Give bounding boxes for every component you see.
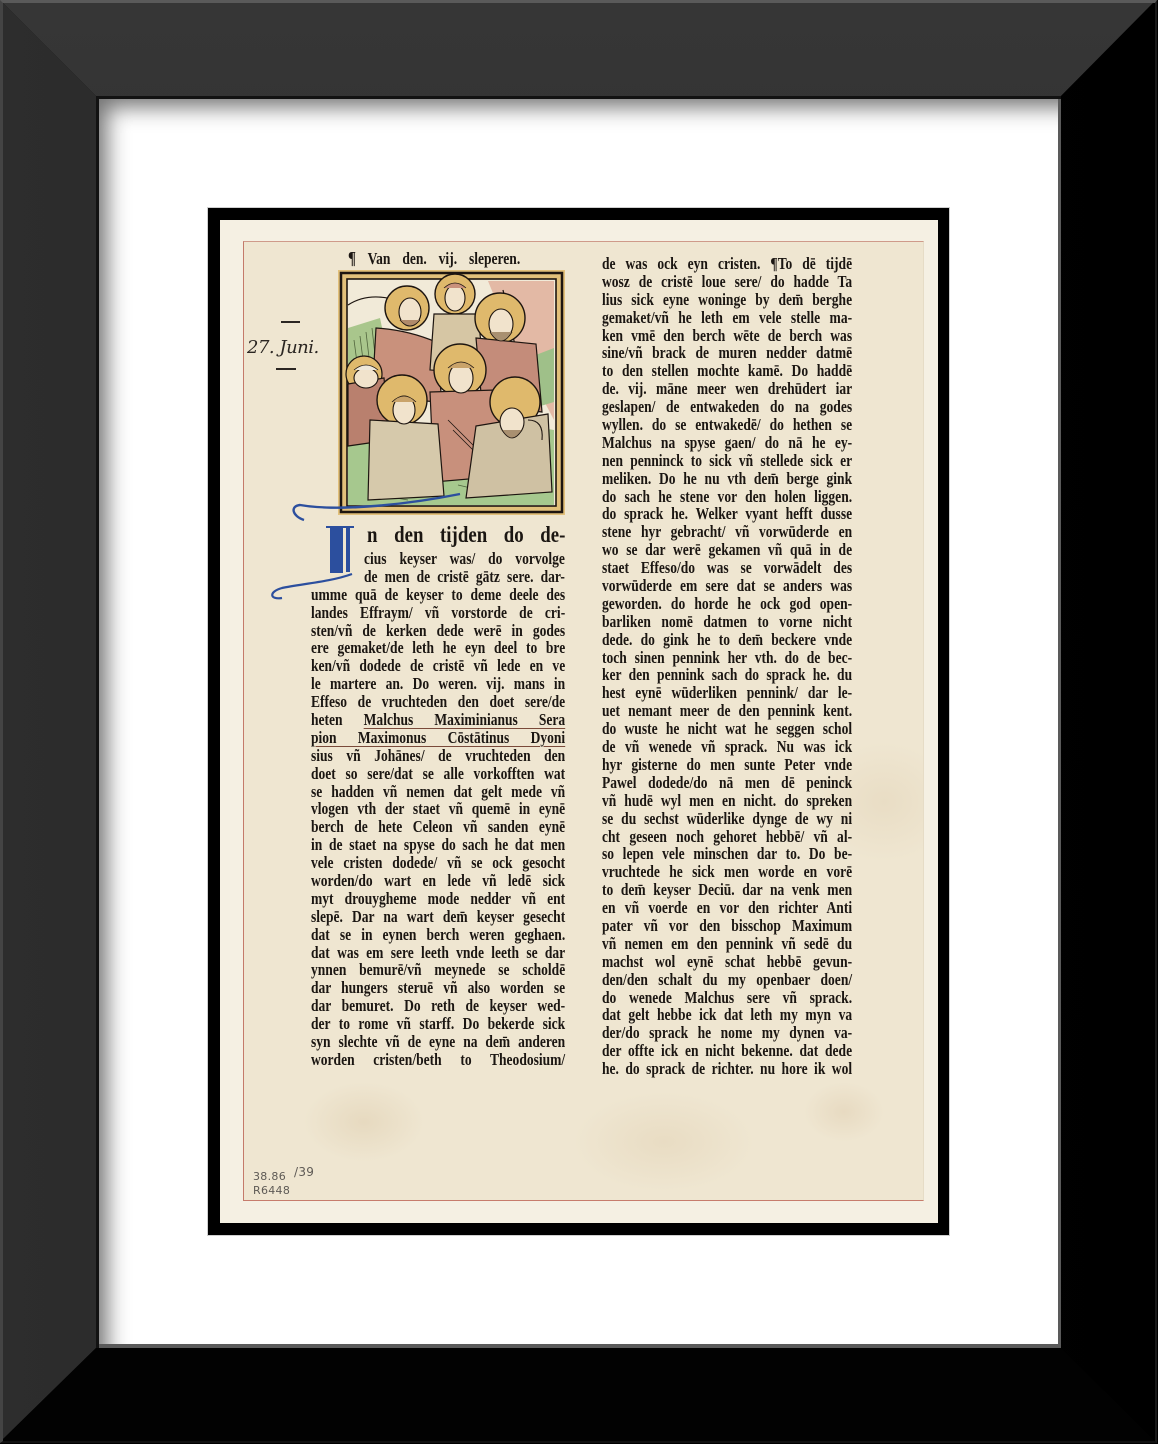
text-line-names: heten Malchus Maximinianus Sera <box>311 711 565 729</box>
text-line: ynnen bemurē/vñ meynede se scholdē <box>311 961 565 979</box>
text-line: uet nemant meer de den pennink kent. <box>602 702 852 720</box>
text-line: nen penninck to sick vñ stellede sick er <box>602 452 852 470</box>
drop-cap-letter: I <box>0 0 1 1</box>
text-line: ere gemaket/de leth he eyn deel to bre <box>311 639 565 657</box>
text-line: se du sechst wūderlike dynge de wy ni <box>602 810 852 828</box>
text-line: wyllen. do se entwakedē/ do hethen se <box>602 416 852 434</box>
text-line: en vñ voerde en vor den richter Anti <box>602 899 852 917</box>
woodcut-illustration <box>338 270 565 515</box>
text-line: doet so sere/dat se alle vorkofften wat <box>311 765 565 783</box>
text-line: toch sinen pennink her vth. do de bec- <box>602 649 852 667</box>
text-line: gemaket/vñ he leth em vele stelle ma- <box>602 309 852 327</box>
text-line: do sach he stene vor den holen liggen. <box>602 488 852 506</box>
text-line: meliken. Do he nu vth dem̄ berge gink <box>602 470 852 488</box>
text-line: vruchtede he sick men worde en vorē <box>602 863 852 881</box>
text-line: ker den pennink sach do sprack he. du <box>602 666 852 684</box>
text-line: vñ nemen em den pennink vñ sedē du <box>602 935 852 953</box>
text-line: berch de hete Celeon vñ sanden eynē <box>311 818 565 836</box>
text-line: se hadden vñ nemen dat gelt mede vñ <box>311 783 565 801</box>
text-line: stene hyr gebracht/ vñ vorwūderde en <box>602 523 852 541</box>
text-line: lius sick eyne woninge by dem̄ berghe <box>602 291 852 309</box>
text-line: de. vij. māne meer wen drehūdert iar <box>602 380 852 398</box>
margin-dash-top <box>281 321 300 323</box>
text-line: machst wol eynē schat hebbē gevun- <box>602 953 852 971</box>
text-line: to dem̄ keyser Deciū. dar na venk men <box>602 881 852 899</box>
chapter-heading: ¶ Van den. vij. sleperen. <box>348 249 520 267</box>
text-line: pater vñ vor den bisschop Maximum <box>602 917 852 935</box>
text-line: vele cristen dodede/ vñ se ock gesocht <box>311 854 565 872</box>
text-line: vlogen vth der staet vñ quemē in eynē <box>311 800 565 818</box>
catalogue-ref: R6448 <box>253 1184 290 1197</box>
text-line: sius vñ Johānes/ de vruchteden den <box>311 747 565 765</box>
text-line: der offte ick en nicht bekenne. dat dede <box>602 1042 852 1060</box>
text-line: geworden. do horde he ock god open- <box>602 595 852 613</box>
text-line: de vñ wenede vñ sprack. Nu was ick <box>602 738 852 756</box>
text-line: ken/vñ dodede de cristē vñ lede en ve <box>311 657 565 675</box>
text-line: le martere an. Do weren. vij. mans in <box>311 675 565 693</box>
margin-note-date: 27. Juni. <box>247 337 319 358</box>
chapter-title: Van den. vij. sleperen. <box>368 249 521 268</box>
text-line: ken vmē den berch wēte de berch was <box>602 327 852 345</box>
text-line: der to rome vñ starff. Do bekerde sick <box>311 1015 565 1033</box>
text-line: staet Effeso/do was se vorwādelt des <box>602 559 852 577</box>
text-line: vñ hudē wyl men en nicht. do spreken <box>602 792 852 810</box>
text-line: in de staet na spyse do sach he dat men <box>311 836 565 854</box>
text-line: syn slechte vñ de eyne na dem̄ anderen <box>311 1033 565 1051</box>
text-line-names: pion Maximonus Cōstātinus Dyoni <box>311 729 565 747</box>
text-line: wosz de cristē loue sere/ do hadde Ta <box>602 273 852 291</box>
text-line: hyr gisterne do men sunte Peter vnde <box>602 756 852 774</box>
text-line: do wuste he nicht wat he seggen schol <box>602 720 852 738</box>
text-line: Pawel dodede/do nā men dē peninck <box>602 774 852 792</box>
text-line: Effeso de vruchteden den doet sere/de <box>311 693 565 711</box>
text-segment: heten <box>311 710 364 729</box>
opening-line: n den tijden do de- <box>367 523 565 547</box>
text-line: wo se dar werē gekamen vñ quā in de <box>602 541 852 559</box>
text-line: landes Effraym/ vñ vorstorde de cri- <box>311 604 565 622</box>
text-line: worden cristen/beth to Theodosium/ <box>311 1051 565 1069</box>
text-line: dar hungers steruē vñ also worden se <box>311 979 565 997</box>
text-line: dat gelt hebbe ick dat leth my myn va <box>602 1006 852 1024</box>
text-line: de was ock eyn cristen. ¶To dē tijdē <box>602 255 852 273</box>
right-text-column: de was ock eyn cristen. ¶To dē tijdē wos… <box>602 255 852 1078</box>
text-line: to den stellen mochte kamē. Do haddē <box>602 362 852 380</box>
text-line: umme quā de keyser to deme deele des <box>311 586 565 604</box>
text-line: do wenede Malchus sere vñ sprack. <box>602 989 852 1007</box>
text-line: do sprack he. Welker vyant hefft dusse <box>602 505 852 523</box>
catalogue-number: 38.86 <box>253 1170 286 1183</box>
text-line: dat se in eynen berch weren geghaen. <box>311 926 565 944</box>
catalogue-suffix: /39 <box>294 1165 314 1179</box>
paragraph-mark-icon: ¶ <box>348 248 356 268</box>
text-line: Malchus na spyse gaen/ do nā he ey- <box>602 434 852 452</box>
text-line: der/do sprack he nome my dynen va- <box>602 1024 852 1042</box>
left-text-column: cius keyser was/ do vorvolge de men de c… <box>311 550 565 1069</box>
framed-print: ¶ Van den. vij. sleperen. 27. Juni. <box>0 0 1158 1444</box>
margin-dash-bottom <box>276 368 296 370</box>
text-line: myt drouygheme mode nedder vñ ent <box>311 890 565 908</box>
text-line: dat was em sere leeth vnde leeth se dar <box>311 944 565 962</box>
text-line: sine/vñ brack de muren nedder datmē <box>602 344 852 362</box>
text-line: worden/do wart en lede vñ ledē sick <box>311 872 565 890</box>
text-line: de men de cristē gātz sere. dar- <box>364 568 565 586</box>
text-line: cius keyser was/ do vorvolge <box>364 550 565 568</box>
text-line: dar bemuret. Do reth de keyser wed- <box>311 997 565 1015</box>
text-line: slepē. Dar na wart dem̄ keyser gesecht <box>311 908 565 926</box>
text-line: dede. do gink he to dem̄ beckere vnde <box>602 631 852 649</box>
text-line: he. do sprack de richter. nu hore ik wol <box>602 1060 852 1078</box>
text-line: so lepen vele minschen dar to. Do be- <box>602 845 852 863</box>
text-line: cht geseen noch gehoret hebbē/ vñ al- <box>602 828 852 846</box>
top-flourish <box>294 494 460 520</box>
text-line: geslapen/ de entwakeden do na godes <box>602 398 852 416</box>
underlined-names: Malchus Maximinianus Sera <box>364 710 566 729</box>
text-line: sten/vñ de kerken dede werē in godes <box>311 622 565 640</box>
text-line: barliken nomē datmen to vorne nicht <box>602 613 852 631</box>
text-line: hest eynē wūderliken pennink/ dar le- <box>602 684 852 702</box>
text-line: vorwūderde em sere dat se anders was <box>602 577 852 595</box>
text-line: den/den schalt du my openbaer doen/ <box>602 971 852 989</box>
